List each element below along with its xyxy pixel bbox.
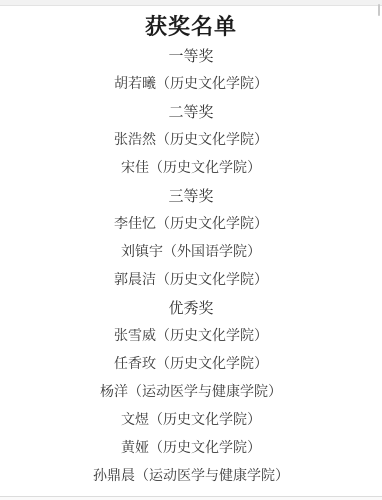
winner-entry: 张浩然（历史文化学院） — [0, 127, 382, 155]
tier-header-first-prize: 一等奖 — [0, 43, 382, 71]
award-list-document: 获奖名单 一等奖 胡若曦（历史文化学院） 二等奖 张浩然（历史文化学院） 宋佳（… — [0, 7, 382, 491]
winner-entry: 宋佳（历史文化学院） — [0, 155, 382, 183]
winner-entry: 文煜（历史文化学院） — [0, 407, 382, 435]
page-title: 获奖名单 — [0, 13, 382, 41]
winner-entry: 郭晨洁（历史文化学院） — [0, 267, 382, 295]
tier-header-third-prize: 三等奖 — [0, 183, 382, 211]
winner-entry: 孙鼎晨（运动医学与健康学院） — [0, 463, 382, 491]
tier-header-excellence-prize: 优秀奖 — [0, 295, 382, 323]
page-bottom-divider — [0, 496, 382, 500]
winner-entry: 张雪威（历史文化学院） — [0, 323, 382, 351]
page-top-edge — [0, 0, 382, 6]
winner-entry: 任香玫（历史文化学院） — [0, 351, 382, 379]
winner-entry: 李佳忆（历史文化学院） — [0, 211, 382, 239]
winner-entry: 胡若曦（历史文化学院） — [0, 71, 382, 99]
winner-entry: 杨洋（运动医学与健康学院） — [0, 379, 382, 407]
tier-header-second-prize: 二等奖 — [0, 99, 382, 127]
winner-entry: 黄娅（历史文化学院） — [0, 435, 382, 463]
winner-entry: 刘镇宇（外国语学院） — [0, 239, 382, 267]
